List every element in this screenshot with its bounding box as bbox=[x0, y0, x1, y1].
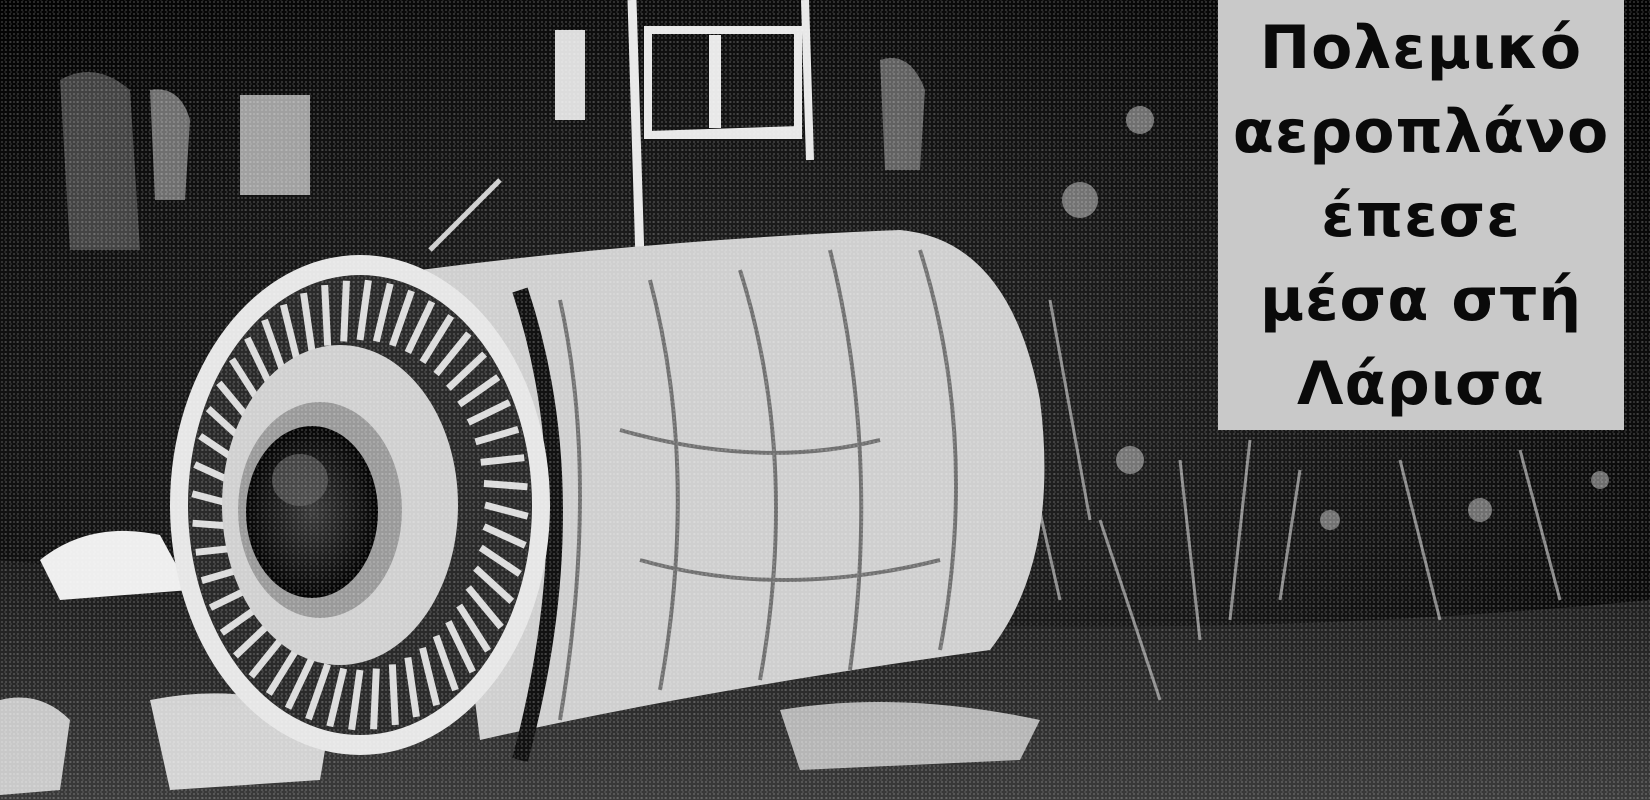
headline-line-2: αεροπλάνο bbox=[1218, 90, 1624, 174]
newspaper-clipping: Πολεμικό αεροπλάνο έπεσε μέσα στή Λάρισα bbox=[0, 0, 1650, 800]
headline-line-5: Λάρισα bbox=[1218, 342, 1624, 426]
headline-line-3: έπεσε bbox=[1218, 174, 1624, 258]
headline-line-1: Πολεμικό bbox=[1218, 6, 1624, 90]
headline-box: Πολεμικό αεροπλάνο έπεσε μέσα στή Λάρισα bbox=[1218, 0, 1624, 430]
headline-line-4: μέσα στή bbox=[1218, 258, 1624, 342]
